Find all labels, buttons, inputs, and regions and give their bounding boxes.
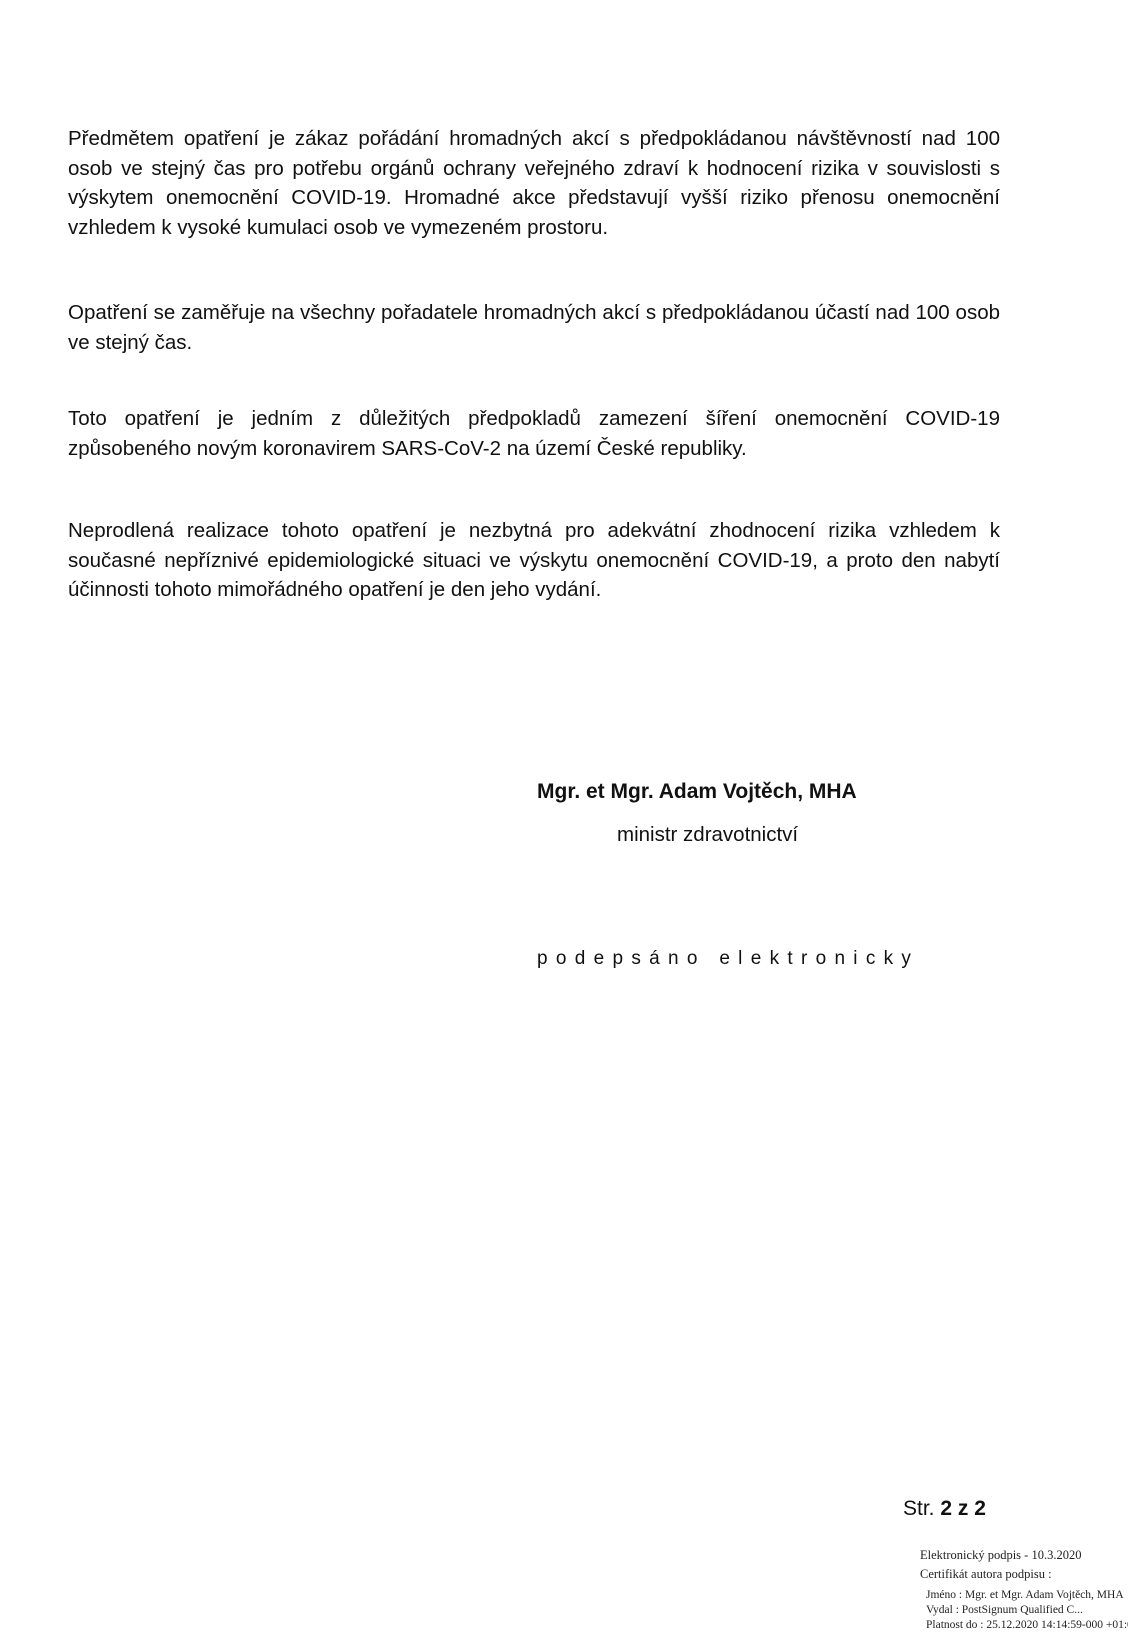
page-total: 2: [974, 1497, 986, 1520]
esig-name: Jméno : Mgr. et Mgr. Adam Vojtěch, MHA: [926, 1588, 1128, 1603]
esig-header: Elektronický podpis - 10.3.2020: [920, 1546, 1128, 1565]
esig-cert-label: Certifikát autora podpisu :: [920, 1565, 1128, 1584]
electronic-signature-block: Elektronický podpis - 10.3.2020 Certifik…: [920, 1546, 1128, 1633]
page-number: Str. 2 z 2: [903, 1497, 986, 1521]
page-separator: z: [958, 1497, 969, 1520]
signed-electronically-note: podepsáno elektronicky: [537, 948, 919, 970]
page-prefix: Str.: [903, 1497, 935, 1520]
paragraph-subject: Předmětem opatření je zákaz pořádání hro…: [68, 124, 1000, 242]
esig-issuer: Vydal : PostSignum Qualified C...: [926, 1603, 1128, 1618]
page-current: 2: [940, 1497, 952, 1520]
paragraph-effectiveness: Neprodlená realizace tohoto opatření je …: [68, 516, 1000, 605]
signatory-name: Mgr. et Mgr. Adam Vojtěch, MHA: [537, 780, 857, 804]
esig-validity: Platnost do : 25.12.2020 14:14:59-000 +0…: [926, 1618, 1128, 1633]
signatory-title: ministr zdravotnictví: [617, 823, 798, 847]
paragraph-scope: Opatření se zaměřuje na všechny pořadate…: [68, 298, 1000, 357]
paragraph-purpose: Toto opatření je jedním z důležitých pře…: [68, 404, 1000, 463]
